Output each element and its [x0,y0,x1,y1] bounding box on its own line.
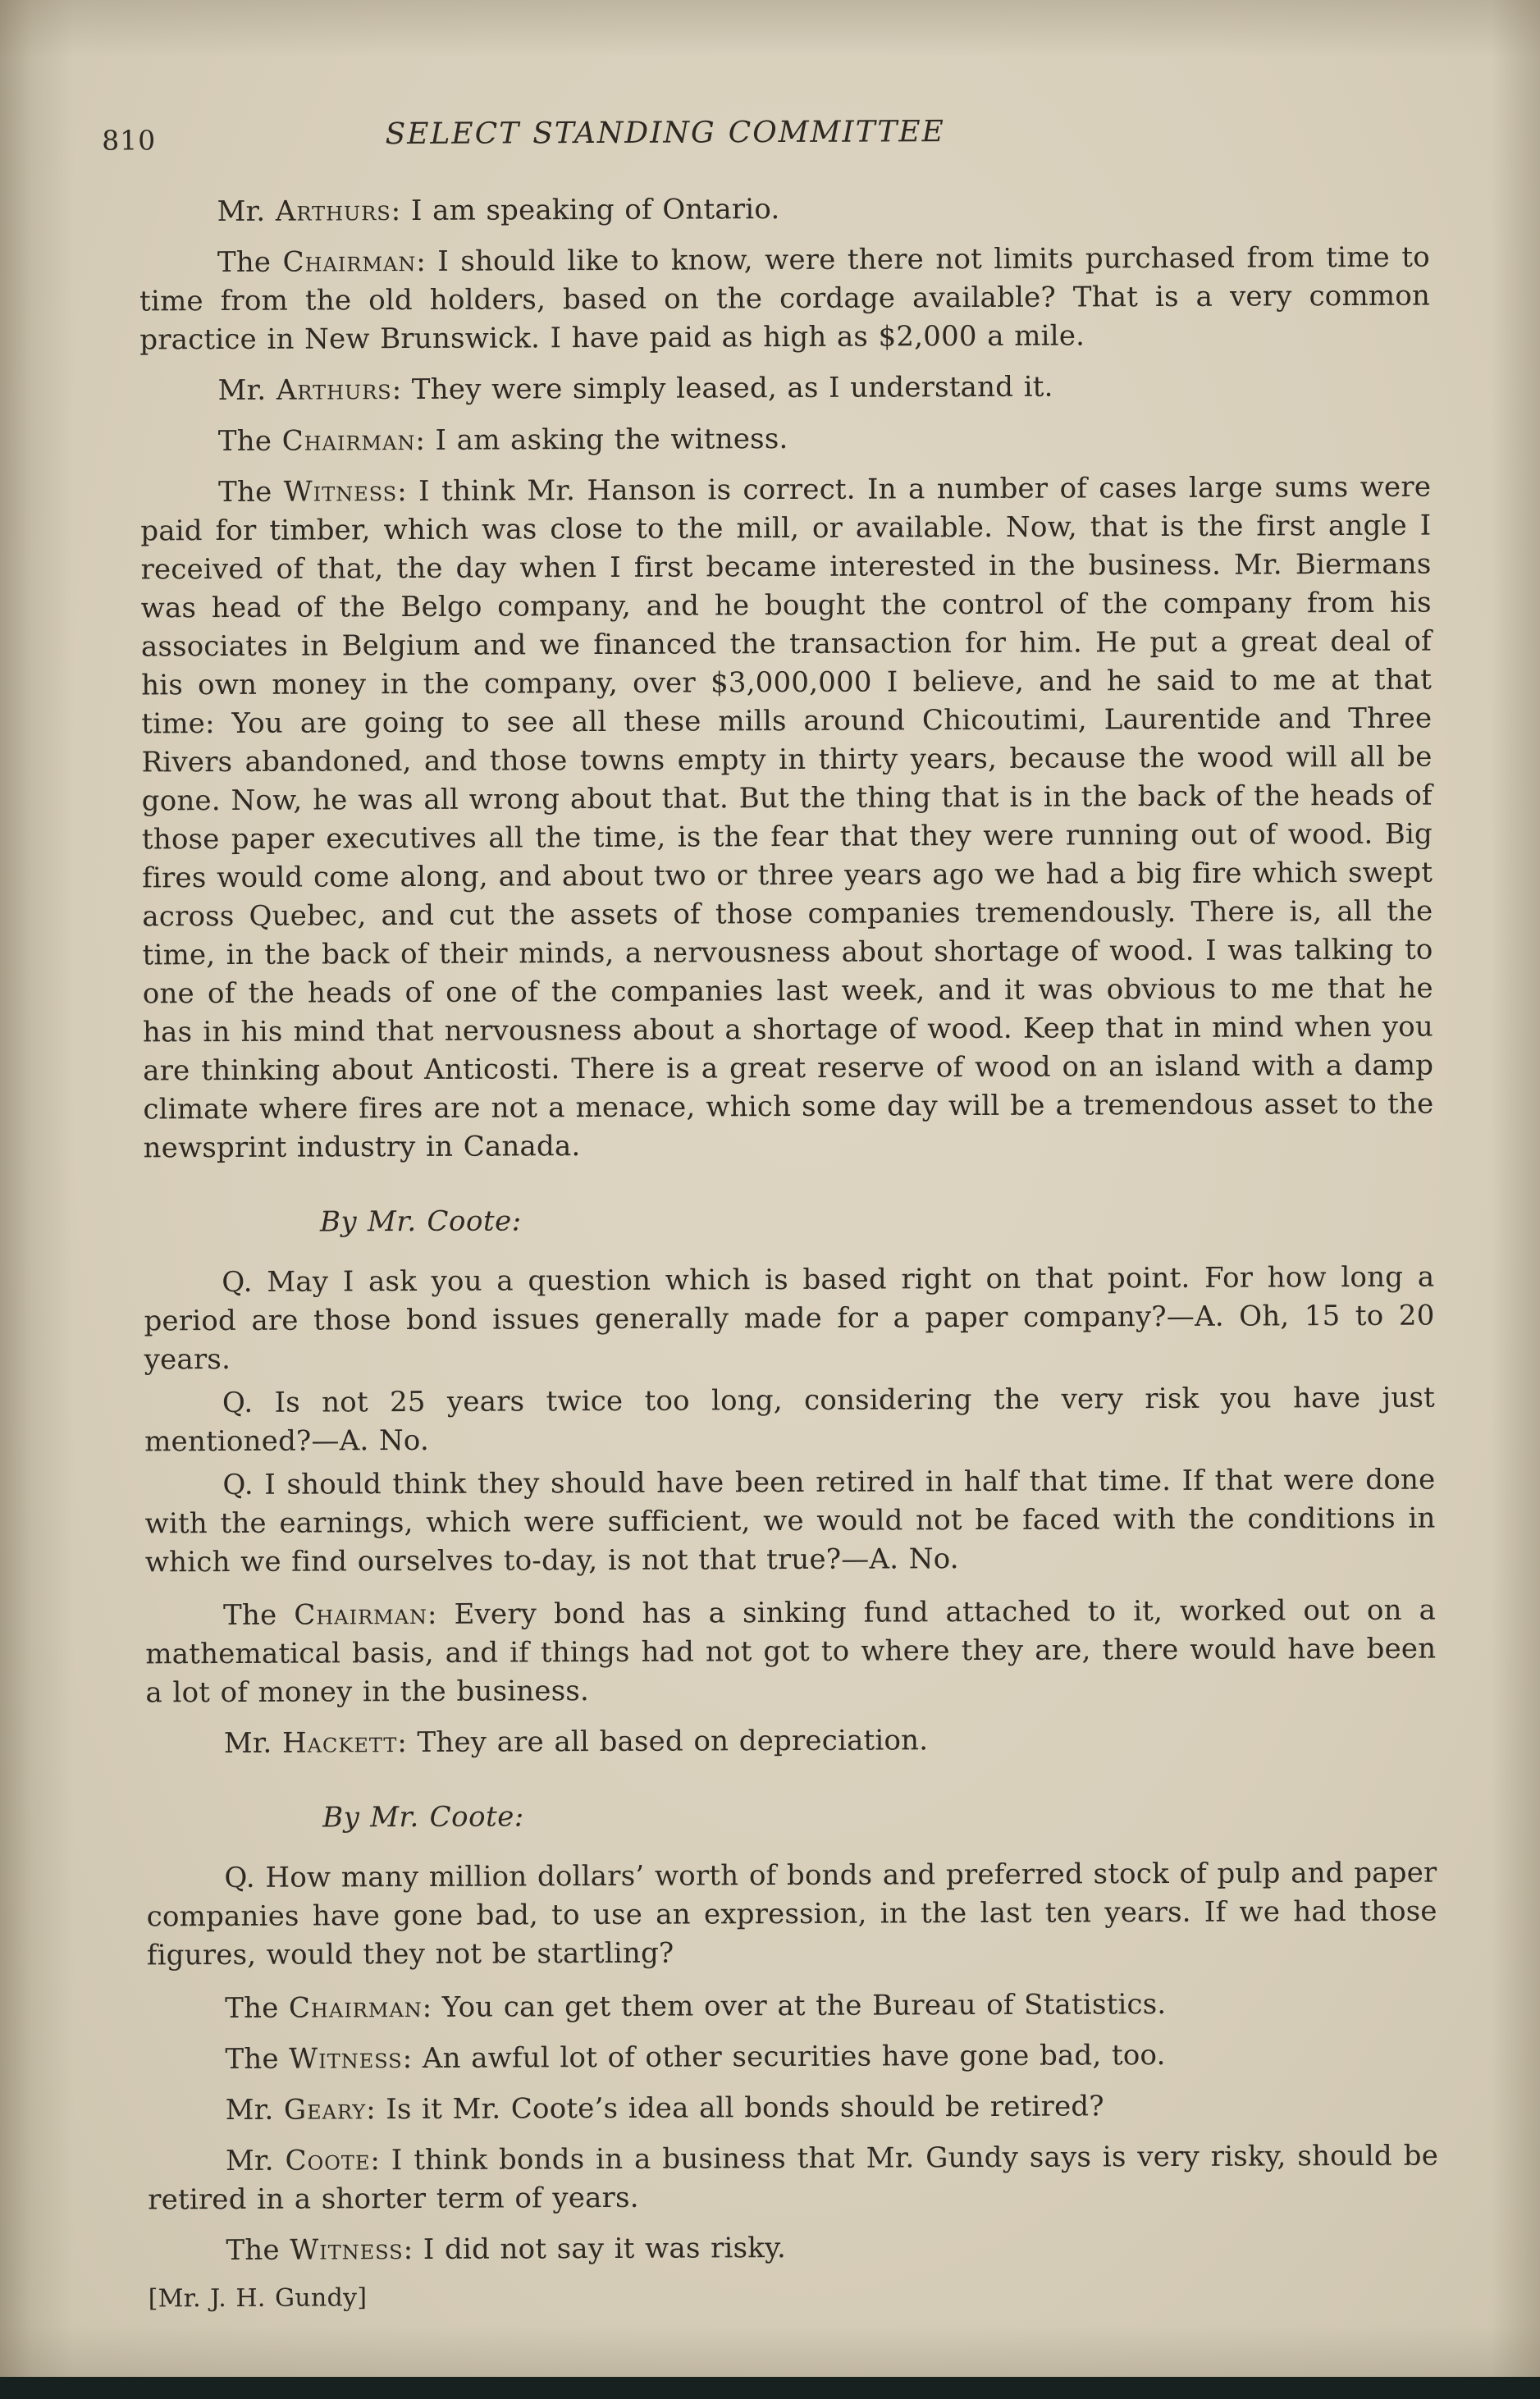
speaker-prefix: Mr. [224,1727,282,1760]
dialogue-paragraph: The Chairman: I am asking the witness. [140,418,1431,462]
running-head: SELECT STANDING COMMITTEE [385,112,945,153]
speaker-prefix: Mr. [226,2145,286,2177]
speaker-prefix: The [225,2043,289,2076]
speaker-name: Arthurs [276,373,392,407]
dialogue-paragraph: Mr. Arthurs: They were simply leased, as… [139,367,1430,411]
examiner-heading: By Mr. Coote: [144,1199,1434,1243]
speaker-prefix: The [226,2234,290,2267]
speaker-name: Witness [290,2233,404,2267]
dialogue-paragraph: The Chairman: Every bond has a sinking f… [145,1592,1437,1713]
speaker-prefix: The [217,246,283,279]
examiner-heading: By Mr. Coote: [146,1794,1437,1839]
speaker-name: Witness [284,475,398,509]
speaker-prefix: The [218,425,282,458]
speaker-name: Coote [285,2144,370,2177]
dialogue-paragraph: The Witness: I did not say it was risky. [148,2227,1438,2271]
speaker-name: Geary [284,2093,366,2126]
dialogue-paragraph: Mr. Hackett: They are all based on depre… [146,1720,1437,1764]
dialogue-text: : An awful lot of other securities have … [403,2039,1166,2075]
dialogue-paragraph: Mr. Arthurs: I am speaking of Ontario. [139,188,1430,232]
witness-footer: [Mr. J. H. Gundy] [149,2278,1439,2316]
speaker-prefix: Mr. [226,2094,284,2127]
dialogue-paragraph: Mr. Geary: Is it Mr. Coote’s idea all bo… [148,2086,1438,2131]
qa-paragraph: Q. How many million dollars’ worth of bo… [146,1854,1437,1976]
dialogue-text: : They were simply leased, as I understa… [392,371,1053,407]
speaker-prefix: The [223,1599,294,1632]
dialogue-text: : I think Mr. Hanson is correct. In a nu… [140,471,1433,1165]
page-header-row: 810 SELECT STANDING COMMITTEE [139,103,1429,161]
speaker-prefix: Mr. [217,374,276,407]
dialogue-text: : I did not say it was risky. [404,2232,786,2266]
dialogue-paragraph: The Witness: An awful lot of other secur… [147,2036,1437,2080]
scanned-page: 810 SELECT STANDING COMMITTEE Mr. Arthur… [0,0,1540,2399]
speaker-name: Chairman [294,1598,427,1632]
dialogue-text: : I am speaking of Ontario. [391,193,780,227]
dialogue-text: : You can get them over at the Bureau of… [423,1988,1167,2024]
speaker-name: Chairman [282,245,416,279]
qa-paragraph: Q. May I ask you a question which is bas… [144,1259,1435,1380]
speaker-name: Arthurs [276,194,391,228]
speaker-name: Hackett [282,1726,397,1760]
speaker-name: Chairman [282,424,416,458]
dialogue-paragraph: The Chairman: I should like to know, wer… [139,239,1431,360]
speaker-name: Witness [289,2042,403,2076]
dialogue-text: : They are all based on depreciation. [397,1724,928,1759]
speaker-prefix: The [225,1992,289,2025]
text-block: 810 SELECT STANDING COMMITTEE Mr. Arthur… [139,103,1439,2341]
qa-paragraph: Q. I should think they should have been … [144,1461,1436,1583]
scan-edge-bar [0,2377,1540,2399]
qa-paragraph: Q. Is not 25 years twice too long, consi… [144,1379,1435,1462]
dialogue-paragraph: Mr. Coote: I think bonds in a business t… [148,2137,1438,2220]
dialogue-text: : Is it Mr. Coote’s idea all bonds shoul… [366,2090,1104,2126]
page-number: 810 [102,121,156,159]
dialogue-paragraph: The Chairman: You can get them over at t… [147,1985,1437,2029]
speaker-prefix: The [218,476,284,509]
speaker-name: Chairman [289,1991,423,2025]
dialogue-text: : I am asking the witness. [415,423,788,457]
speaker-prefix: Mr. [217,195,276,228]
dialogue-paragraph: The Witness: I think Mr. Hanson is corre… [140,468,1434,1168]
